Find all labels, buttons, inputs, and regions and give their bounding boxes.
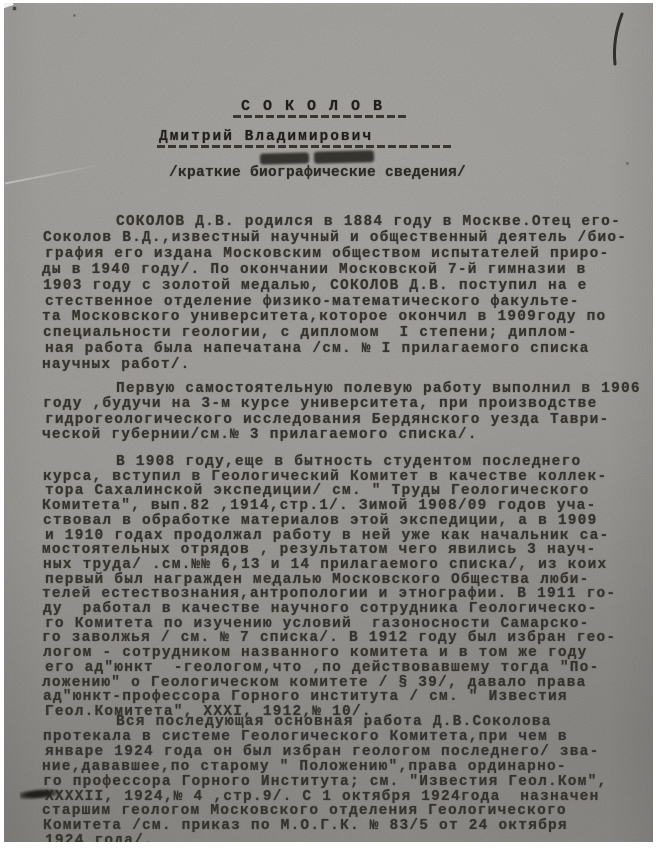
title-underline (233, 115, 407, 118)
paper-crease (5, 163, 103, 184)
text-line: ная работа была напечатана /см. № I прил… (45, 342, 642, 358)
text-line: ние,дававшее,по старому " Положению",пра… (42, 760, 642, 775)
text-line: В 1908 году,еще в бытность студентом пос… (42, 455, 642, 470)
paragraph-2: Первую самостоятельную полевую работу вы… (42, 382, 642, 444)
name-underline (157, 145, 453, 148)
text-line: мостоятельных отрядов , результатом чего… (42, 543, 642, 558)
text-line: его ад"юнкт -геологом,что ,по действовав… (45, 661, 642, 676)
text-line: та Московского университета,которое окон… (42, 310, 642, 326)
paragraph-1: СОКОЛОВ Д.В. родился в 1884 году в Москв… (42, 215, 642, 374)
document-title: С О К О Л О В (241, 98, 384, 115)
text-line: ных труда/ .см.№№ 6,13 и 14 прилагаемого… (43, 558, 642, 573)
text-line: ды в 1940 году/. По окончании Московской… (42, 263, 642, 279)
text-line: ду работал в качестве научного сотрудник… (43, 602, 642, 617)
paragraph-4: Вся последующая основная работа Д.В.Соко… (42, 715, 642, 842)
document-subject-name: Дмитрий Владимирович (159, 129, 373, 145)
overstruck-text-blob (260, 152, 309, 164)
text-line: научных работ/. (42, 358, 642, 374)
text-line: 1903 году с золотой медалью, СОКОЛОВ Д.В… (43, 279, 642, 295)
text-line: ствовал в обработке материалов этой эксп… (43, 514, 642, 529)
text-line: Соколов В.Д.,известный научный и обществ… (43, 231, 642, 247)
document-page: С О К О Л О В Дмитрий Владимирович /крат… (4, 3, 653, 842)
text-line: го заволжья / см. № 7 списка/. В 1912 го… (42, 631, 642, 646)
overstruck-text-blob (314, 150, 374, 164)
text-line: го профессора Горного Института; см. "Из… (43, 775, 642, 790)
text-line: Вся последующая основная работа Д.В.Соко… (42, 715, 642, 730)
text-line: СОКОЛОВ Д.В. родился в 1884 году в Москв… (42, 215, 642, 231)
text-line: гидрогеологического исследования Бердянс… (45, 413, 642, 428)
text-line: логом - сотрудником названного комитета … (43, 646, 642, 661)
text-line: и 1910 годах продолжал работу в ней уже … (45, 529, 642, 544)
text-line: графия его издана Московским обществом и… (45, 247, 642, 263)
text-line: телей естествознания,антропологии и этно… (42, 587, 642, 602)
text-line: протекала в системе Геологического Комит… (43, 730, 642, 745)
text-line: ческой губернии/см.№ 3 прилагаемого спис… (42, 428, 642, 443)
text-line: ад"юнкт-профессора Горного института / с… (43, 690, 642, 705)
text-line: году ,будучи на 3-м курсе университета, … (43, 397, 642, 412)
text-line: январе 1924 года он был избран геологом … (45, 745, 642, 760)
handwritten-page-number-mark (602, 11, 636, 73)
text-line: Комитета /см. приказ по М.О.Г.К. № 83/5 … (43, 819, 642, 834)
scan-corner-artifact (4, 3, 14, 9)
text-line: 1924 года/. (45, 834, 642, 842)
document-subtitle: /краткие биографические сведения/ (169, 165, 466, 181)
text-line: специальности геологии, с дипломом I сте… (43, 326, 642, 342)
text-line: Комитета", вып.82 ,1914,стр.1/. Зимой 19… (42, 499, 642, 514)
paragraph-3: В 1908 году,еще в бытность студентом пос… (42, 455, 642, 720)
dust-specks (4, 3, 5, 4)
text-line: тора Сахалинской экспедиции/ см. " Труды… (45, 484, 642, 499)
